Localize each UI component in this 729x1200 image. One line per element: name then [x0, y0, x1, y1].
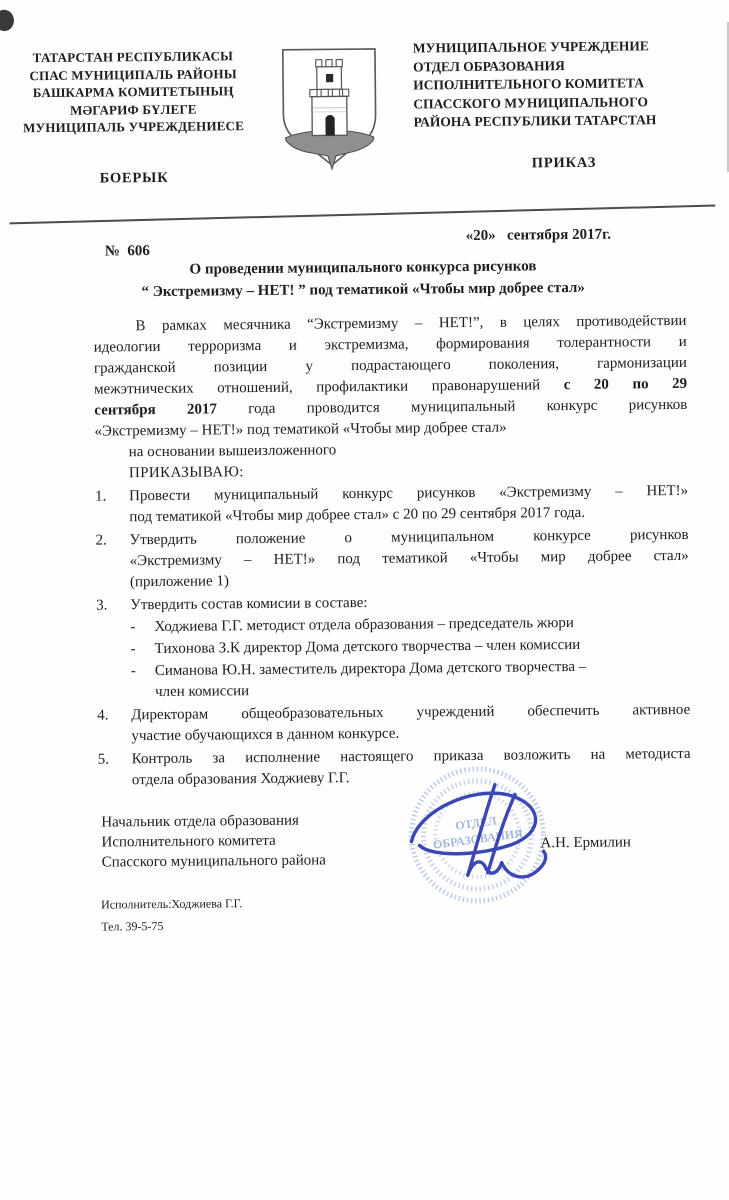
item-number: 3.	[96, 595, 130, 616]
signatory-name: А.Н. Ермилин	[540, 834, 631, 852]
item-text: Утвердить положение о муниципальном конк…	[129, 525, 689, 593]
order-title-line2: “ Экстремизму – НЕТ! ” под тематикой «Чт…	[56, 276, 670, 304]
executor-line: Исполнитель:Ходжиева Г.Г.	[101, 892, 242, 915]
dash-bullet: -	[131, 661, 155, 703]
scanned-order-document: ТАТАРСТАН РЕСПУБЛИКАСЫСПАС МУНИЦИПАЛЬ РА…	[0, 0, 729, 1200]
executor-block: Исполнитель:Ходжиева Г.Г. Тел. 39-5-75	[101, 892, 243, 937]
item-number: 1.	[95, 486, 129, 528]
signatory-position: Начальник отдела образованияИсполнительн…	[101, 809, 432, 872]
order-item-2: 2. Утвердить положение о муниципальном к…	[95, 525, 689, 594]
order-number: № 606	[105, 243, 150, 260]
order-date: «20» сентября 2017г.	[466, 227, 611, 245]
item-text: Директорам общеобразовательных учреждени…	[131, 700, 690, 747]
order-item-1: 1. Провести муниципальный конкурс рисунк…	[95, 481, 688, 529]
preamble-paragraph: В рамках месячника “Экстремизму – НЕТ!”,…	[93, 311, 687, 443]
subitem-text: Симанова Ю.Н. заместитель директора Дома…	[155, 656, 690, 703]
item-number: 4.	[97, 705, 131, 747]
commission-member-3: - Симанова Ю.Н. заместитель директора До…	[131, 656, 690, 703]
dash-bullet: -	[130, 617, 154, 638]
doc-type-tatar: БОЕРЫК	[5, 169, 263, 188]
document-content: ТАТАРСТАН РЕСПУБЛИКАСЫСПАС МУНИЦИПАЛЬ РА…	[0, 0, 729, 1200]
item-number: 5.	[98, 749, 132, 791]
order-item-4: 4. Директорам общеобразовательных учрежд…	[97, 700, 690, 748]
dash-bullet: -	[131, 639, 155, 660]
header-divider-line	[9, 205, 715, 225]
phone-line: Тел. 39-5-75	[101, 914, 242, 937]
org-name-russian: МУНИЦИПАЛЬНОЕ УЧРЕЖДЕНИЕОТДЕЛ ОБРАЗОВАНИ…	[413, 37, 714, 133]
org-name-tatar: ТАТАРСТАН РЕСПУБЛИКАСЫСПАС МУНИЦИПАЛЬ РА…	[4, 47, 263, 137]
order-word: ПРИКАЗЫВАЮ:	[129, 458, 688, 484]
item-text: Провести муниципальный конкурс рисунков …	[129, 481, 688, 528]
coat-of-arms-icon	[277, 46, 382, 175]
order-body: В рамках месячника “Экстремизму – НЕТ!”,…	[93, 311, 691, 792]
order-title: О проведении муниципального конкурса рис…	[56, 254, 670, 304]
item-number: 2.	[95, 530, 130, 593]
doc-type-russian: ПРИКАЗ	[414, 154, 714, 174]
